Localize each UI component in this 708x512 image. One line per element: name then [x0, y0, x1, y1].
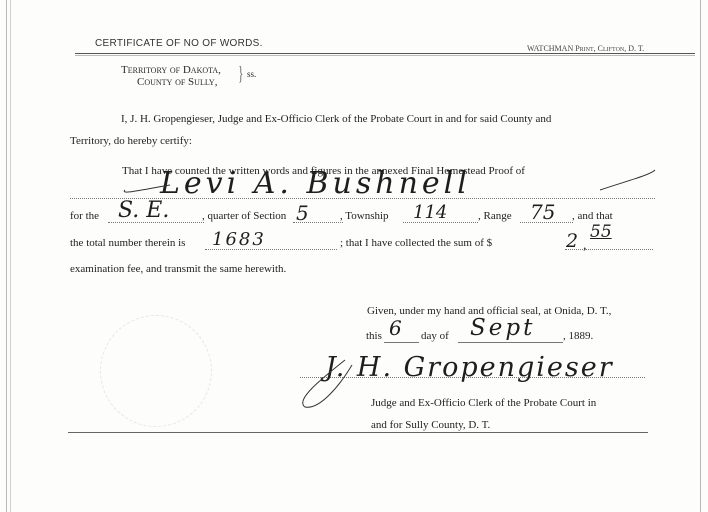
- bottom-rule: [68, 432, 648, 433]
- signer-title-2: and for Sully County, D. T.: [371, 419, 490, 431]
- embossed-seal: [100, 315, 212, 427]
- signature-flourish: [0, 0, 708, 512]
- signer-title-1: Judge and Ex-Officio Clerk of the Probat…: [371, 397, 596, 409]
